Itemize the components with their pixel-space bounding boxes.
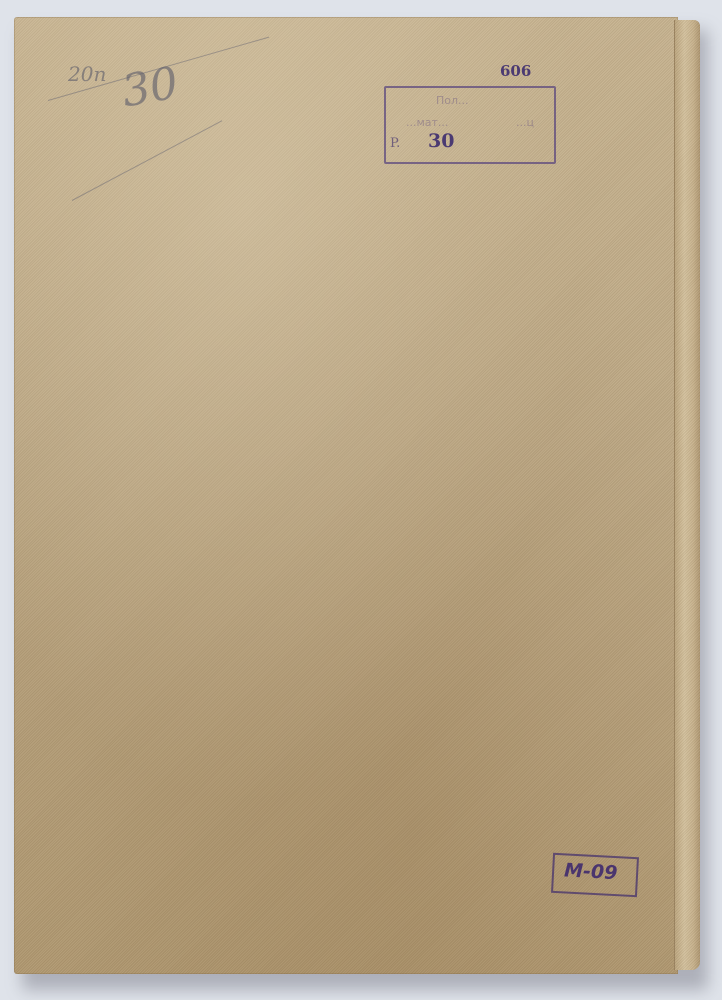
- stamp-faint-line-3: ...ц: [516, 116, 534, 129]
- stamp-value: 30: [428, 130, 454, 152]
- library-stamp: Пол... ...мат... ...ц P. 30: [384, 86, 556, 164]
- inventory-stamp-text: M-09: [564, 859, 618, 884]
- stamp-faint-line-1: Пол...: [436, 94, 469, 107]
- book-spine-edge: [674, 20, 700, 970]
- pencil-code: 20n: [68, 62, 106, 86]
- pencil-number: 30: [118, 58, 182, 118]
- ink-number: 606: [500, 62, 531, 80]
- stamp-faint-line-2: ...мат...: [406, 116, 448, 129]
- stamp-prefix: P.: [390, 136, 400, 151]
- book-back-cover: [14, 17, 678, 974]
- inventory-stamp: M-09: [551, 853, 639, 897]
